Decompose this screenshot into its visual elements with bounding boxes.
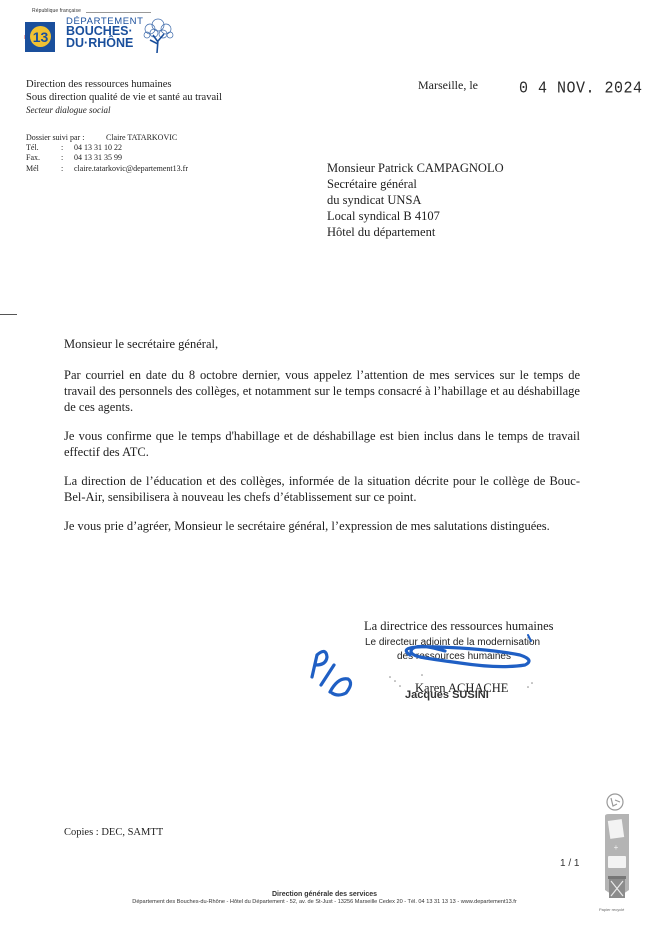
dossier-row: Dossier suivi par : Claire TATARKOVIC xyxy=(26,133,188,143)
dateline-place: Marseille, le xyxy=(418,78,478,93)
contact-separator: : xyxy=(61,164,74,174)
recycle-icon: + xyxy=(601,792,633,906)
logo-13-badge: 13 xyxy=(25,22,55,52)
phone-value: 04 13 31 10 22 xyxy=(74,143,122,153)
email-value: claire.tatarkovic@departement13.fr xyxy=(74,164,188,174)
contact-separator: : xyxy=(61,143,74,153)
contact-row-fax: Fax. : 04 13 31 35 99 xyxy=(26,153,188,163)
department-name: BOUCHES· DU·RHÔNE xyxy=(66,25,133,49)
paragraph: Je vous confirme que le temps d'habillag… xyxy=(64,428,580,460)
handwritten-signature xyxy=(300,625,570,710)
divider xyxy=(86,12,151,13)
direction-name: Direction des ressources humaines xyxy=(26,78,222,91)
recipient-name: Monsieur Patrick CAMPAGNOLO xyxy=(327,160,504,176)
svg-text:+: + xyxy=(614,843,619,852)
contact-label: Mél xyxy=(26,164,61,174)
recycle-label: Papier recyclé xyxy=(599,907,624,912)
dossier-label: Dossier suivi par : xyxy=(26,133,106,143)
contact-label: Tél. xyxy=(26,143,61,153)
contact-label: Fax. xyxy=(26,153,61,163)
sender-block: Direction des ressources humaines Sous d… xyxy=(26,78,222,117)
contact-block: Dossier suivi par : Claire TATARKOVIC Té… xyxy=(26,133,188,174)
fold-mark xyxy=(0,314,17,315)
date-stamp: 0 4 NOV. 2024 xyxy=(519,79,643,98)
paragraph: Par courriel en date du 8 octobre dernie… xyxy=(64,367,580,415)
recipient-building: Hôtel du département xyxy=(327,224,504,240)
footer-title: Direction générale des services xyxy=(0,891,649,898)
recipient-office: Local syndical B 4107 xyxy=(327,208,504,224)
republic-label: République française xyxy=(32,8,81,14)
contact-row-phone: Tél. : 04 13 31 10 22 xyxy=(26,143,188,153)
page-footer: Direction générale des services Départem… xyxy=(0,891,649,905)
recipient-organization: du syndicat UNSA xyxy=(327,192,504,208)
paragraph: La direction de l’éducation et des collè… xyxy=(64,473,580,505)
footer-address: Département des Bouches-du-Rhône - Hôtel… xyxy=(0,899,649,905)
department-name-line2: DU·RHÔNE xyxy=(66,37,133,49)
paragraph: Je vous prie d’agréer, Monsieur le secré… xyxy=(64,518,580,534)
olive-tree-icon xyxy=(138,18,178,54)
copies-line: Copies : DEC, SAMTT xyxy=(64,827,163,838)
dossier-value: Claire TATARKOVIC xyxy=(106,133,177,143)
logo-number: 13 xyxy=(30,27,51,48)
contact-row-email: Mél : claire.tatarkovic@departement13.fr xyxy=(26,164,188,174)
recipient-title: Secrétaire général xyxy=(327,176,504,192)
fax-value: 04 13 31 35 99 xyxy=(74,153,122,163)
salutation: Monsieur le secrétaire général, xyxy=(64,336,580,352)
recipient-address: Monsieur Patrick CAMPAGNOLO Secrétaire g… xyxy=(327,160,504,240)
department-logo: République française 13 DÉPARTEMENT BOUC… xyxy=(18,8,178,54)
letter-body: Monsieur le secrétaire général, Par cour… xyxy=(64,336,580,547)
contact-separator: : xyxy=(61,153,74,163)
sector-name: Secteur dialogue social xyxy=(26,104,222,117)
page-number: 1 / 1 xyxy=(560,858,579,869)
sub-direction-name: Sous direction qualité de vie et santé a… xyxy=(26,91,222,104)
recycled-paper-badge: + Papier recyclé xyxy=(601,792,633,917)
